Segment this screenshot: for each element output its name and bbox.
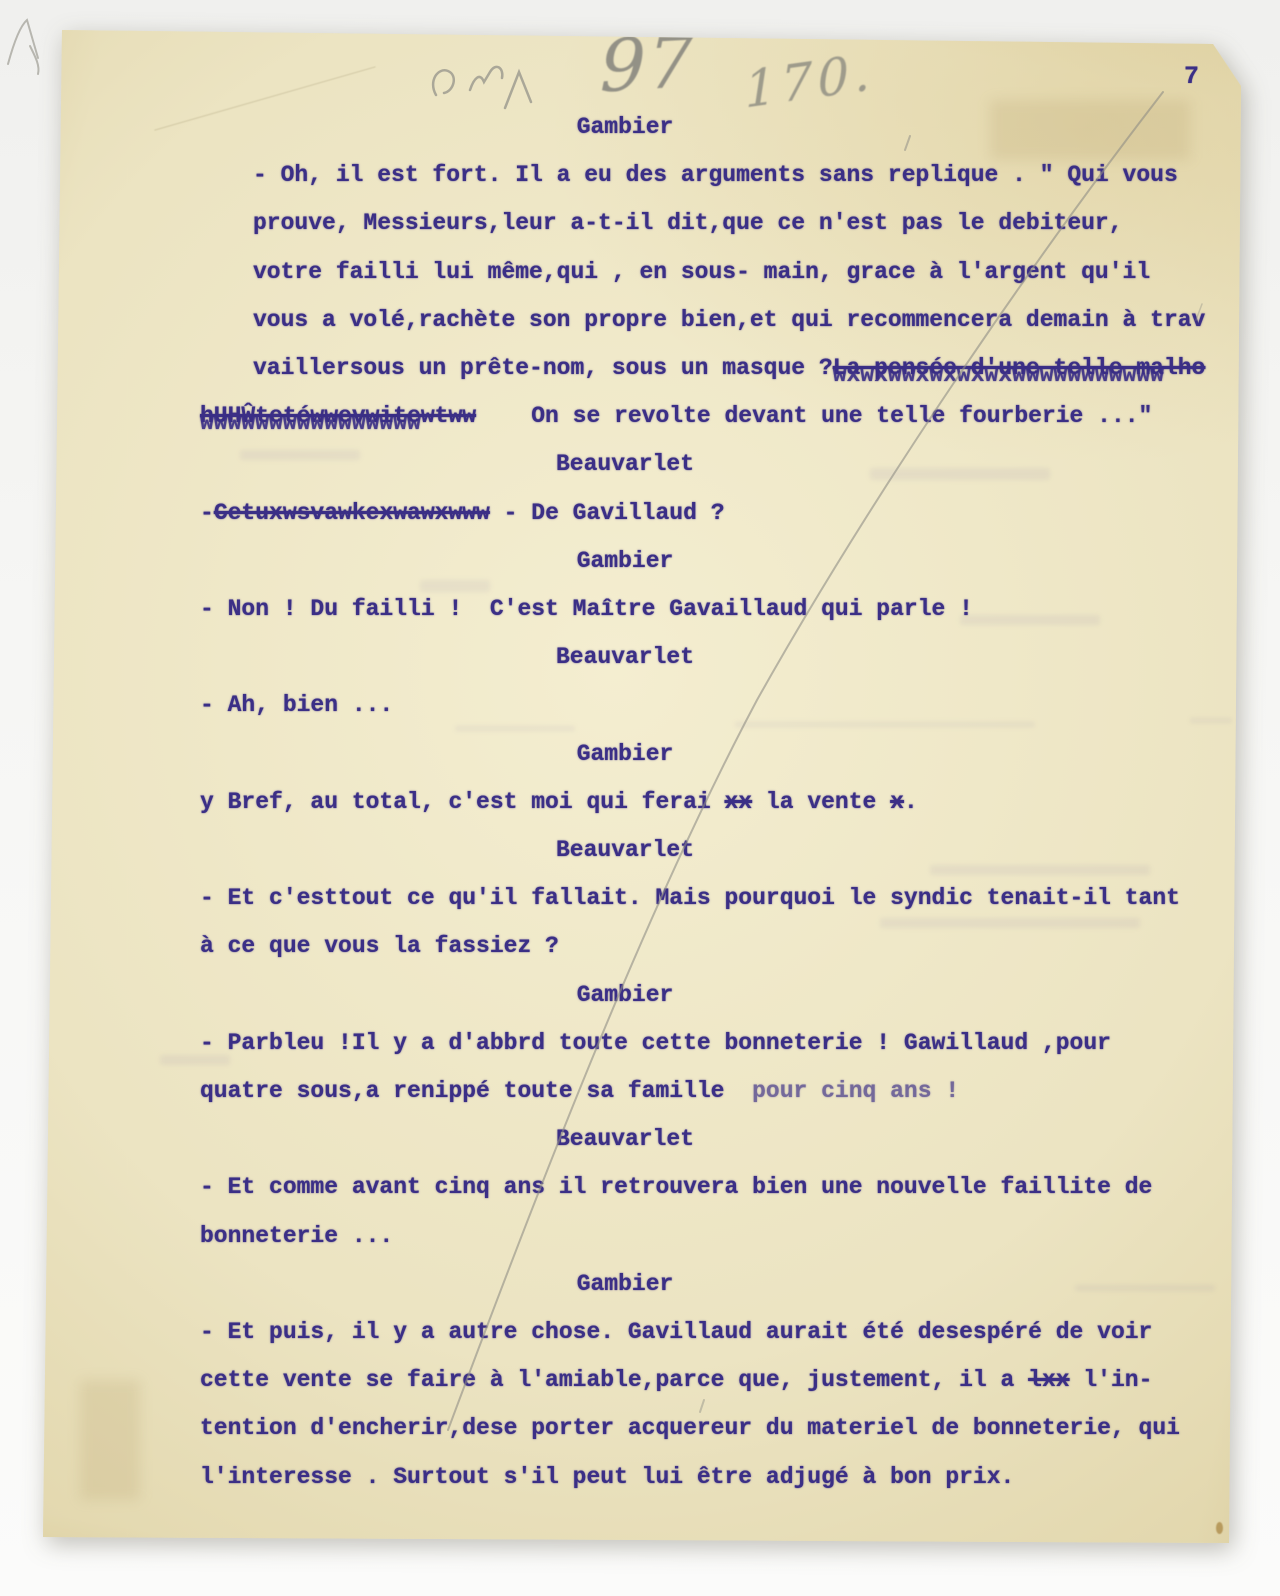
text-segment: quatre sous,a renippé toute sa famille [200, 1078, 725, 1104]
dialogue-line: -Cetuxwsvawkexwawxwww - De Gavillaud ? [200, 500, 725, 526]
dialogue-line: l'interesse . Surtout s'il peut lui être… [200, 1464, 1014, 1490]
speaker-name: Gambier [195, 741, 1055, 767]
text-segment: - Parbleu !Il y a d'abbrd toute cette bo… [200, 1030, 1111, 1056]
speaker-name: Beauvarlet [195, 1126, 1055, 1152]
text-segment: - Non ! Du failli ! C'est Maître Gavaill… [200, 596, 973, 622]
struck-text-segment: Cetuxwsvawkexwawxwww [214, 500, 490, 526]
text-segment: - Et puis, il y a autre chose. Gavillaud… [200, 1319, 1152, 1345]
text-segment: tention d'encherir,dese porter acquereur… [200, 1415, 1180, 1441]
text-segment: la vente [752, 789, 890, 815]
struck-text-segment: xx [725, 789, 753, 815]
paper-sheet: 97 170. 7 Gambier- Oh, il est fort. Il a… [0, 0, 1280, 1596]
text-segment: - Et c'esttout ce qu'il fallait. Mais po… [200, 885, 1180, 911]
struck-text-segment: pour cinq ans ! [725, 1078, 960, 1104]
overtyped-strikeout: wxwxwwxwxwxwxwwwwwwwwwww [833, 362, 1164, 388]
speaker-name: Beauvarlet [195, 451, 1055, 477]
scanned-page-background: 97 170. 7 Gambier- Oh, il est fort. Il a… [0, 0, 1280, 1596]
text-segment: - Oh, il est fort. Il a eu des arguments… [253, 162, 1178, 188]
text-segment: votre failli lui même,qui , en sous- mai… [253, 259, 1150, 285]
text-segment: prouve, Messieurs,leur a-t-il dit,que ce… [253, 210, 1123, 236]
manuscript-paper: 97 170. 7 Gambier- Oh, il est fort. Il a… [0, 0, 1280, 1596]
text-segment: On se revolte devant une telle fourberie… [476, 403, 1152, 429]
overtyped-strikeout: wwwwwwwwwwwwwwww [200, 410, 421, 436]
dialogue-line: - Ah, bien ... [200, 692, 393, 718]
struck-text-segment: hUHŴtetéwwevwitewtwwwwwwwwwwwwwwwwww [200, 403, 476, 429]
dialogue-line: - Parbleu !Il y a d'abbrd toute cette bo… [200, 1030, 1111, 1056]
struck-text-segment: x [890, 789, 904, 815]
speaker-name: Gambier [195, 1271, 1055, 1297]
speaker-name: Gambier [195, 982, 1055, 1008]
text-segment: l'interesse . Surtout s'il peut lui être… [200, 1464, 1014, 1490]
text-segment: vaillersous un prête-nom, sous un masque… [253, 355, 833, 381]
text-segment: bonneterie ... [200, 1223, 393, 1249]
speaker-name: Beauvarlet [195, 644, 1055, 670]
dialogue-line: quatre sous,a renippé toute sa famille p… [200, 1078, 959, 1104]
dialogue-line: - Et c'esttout ce qu'il fallait. Mais po… [200, 885, 1180, 911]
text-segment: y Bref, au total, c'est moi qui ferai [200, 789, 725, 815]
dialogue-line: prouve, Messieurs,leur a-t-il dit,que ce… [253, 210, 1123, 236]
text-segment: . [904, 789, 918, 815]
speaker-name: Gambier [195, 114, 1055, 140]
dialogue-line: - Et comme avant cinq ans il retrouvera … [200, 1174, 1152, 1200]
dialogue-line: cette vente se faire à l'amiable,parce q… [200, 1367, 1152, 1393]
speaker-name: Beauvarlet [195, 837, 1055, 863]
dialogue-line: - Et puis, il y a autre chose. Gavillaud… [200, 1319, 1152, 1345]
dialogue-line: vaillersous un prête-nom, sous un masque… [253, 355, 1205, 381]
text-segment: - Et comme avant cinq ans il retrouvera … [200, 1174, 1152, 1200]
dialogue-line: hUHŴtetéwwevwitewtwwwwwwwwwwwwwwwwww On … [200, 403, 1152, 429]
dialogue-line: y Bref, au total, c'est moi qui ferai xx… [200, 789, 918, 815]
dialogue-line: à ce que vous la fassiez ? [200, 933, 559, 959]
speaker-name: Gambier [195, 548, 1055, 574]
text-segment: vous a volé,rachète son propre bien,et q… [253, 307, 1205, 333]
dialogue-line: - Oh, il est fort. Il a eu des arguments… [253, 162, 1178, 188]
dialogue-line: tention d'encherir,dese porter acquereur… [200, 1415, 1180, 1441]
text-segment: cette vente se faire à l'amiable,parce q… [200, 1367, 1028, 1393]
dialogue-line: - Non ! Du failli ! C'est Maître Gavaill… [200, 596, 973, 622]
dialogue-line: vous a volé,rachète son propre bien,et q… [253, 307, 1205, 333]
dialogue-line: votre failli lui même,qui , en sous- mai… [253, 259, 1150, 285]
struck-text-segment: lxx [1028, 1367, 1069, 1393]
typescript-lines: Gambier- Oh, il est fort. Il a eu des ar… [0, 0, 1280, 1596]
text-segment: - [200, 500, 214, 526]
text-segment: l'in- [1070, 1367, 1153, 1393]
text-segment: - De Gavillaud ? [490, 500, 725, 526]
dialogue-line: bonneterie ... [200, 1223, 393, 1249]
struck-text-segment: La pensée d'une telle malhowxwxwwxwxwxwx… [833, 355, 1206, 381]
text-segment: à ce que vous la fassiez ? [200, 933, 559, 959]
text-segment: - Ah, bien ... [200, 692, 393, 718]
